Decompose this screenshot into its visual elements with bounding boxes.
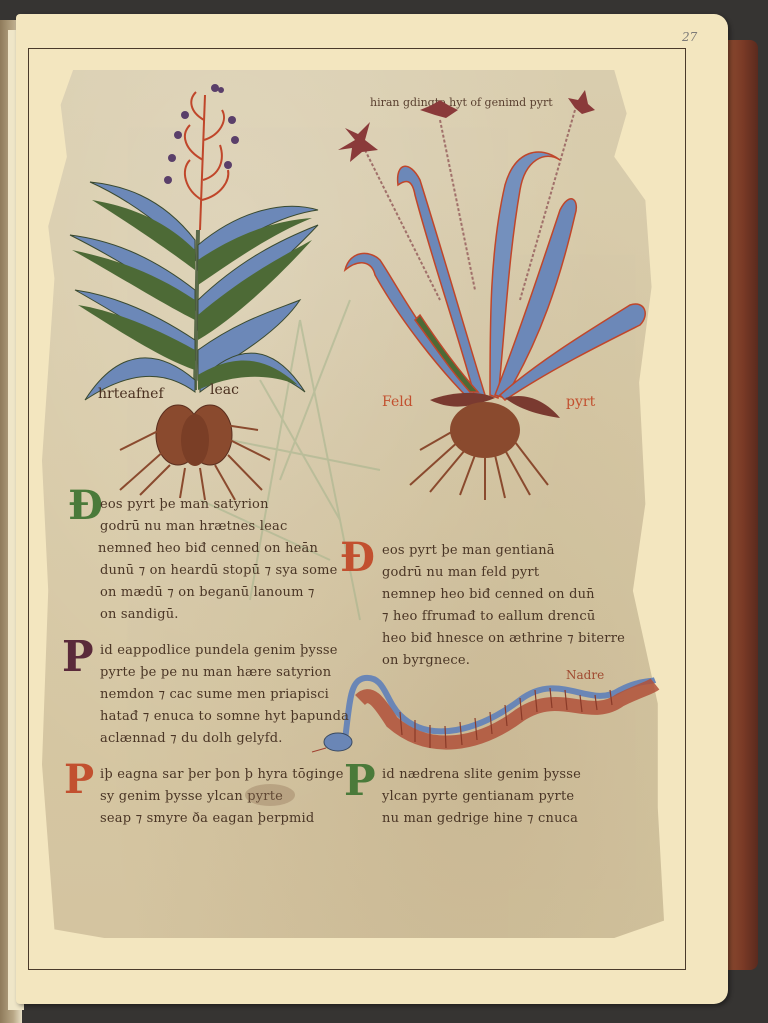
right-plant-star-flowers (338, 90, 595, 162)
left-plant-leaves (70, 182, 318, 400)
text-line: on sandigū. (100, 604, 338, 626)
text-section-gentiana: eos pyrt þe man gentianā godrū nu man fe… (382, 540, 625, 672)
text-line: nu man gedrige hine ⁊ cnuca (382, 808, 581, 830)
serpent-illustration (312, 678, 655, 752)
decorated-initial-purple: P (62, 632, 94, 681)
left-plant-flower-spike (185, 92, 228, 230)
left-plant-label-second: leac (210, 382, 239, 398)
right-plant-leaves (345, 152, 645, 400)
decorated-initial-red-2: P (64, 756, 94, 803)
decorated-initial-green-2: P (344, 756, 376, 805)
text-line: nemnep heo biđ cenned on dun̄ (382, 584, 625, 606)
text-line: ylcan pyrte gentianam pyrte (382, 786, 581, 808)
text-section-satyrion: eos pyrt þe man satyrion godrū nu man hr… (100, 494, 338, 626)
text-line: aclænnad ⁊ du dolh gelyfd. (100, 728, 349, 750)
text-line: sy genim þysse ylcan pyrte (100, 786, 344, 808)
right-plant-label-second: pyrt (566, 394, 595, 410)
decorated-initial-red: Đ (340, 534, 375, 581)
text-line: godrū nu man feld pyrt (382, 562, 625, 584)
text-section-snakebite: id nædrena slite genim þysse ylcan pyrte… (382, 764, 581, 830)
text-line: hatađ ⁊ enuca to somne hyt þapunda (100, 706, 349, 728)
text-line: pyrte þe pe nu man hære satyrion (100, 662, 349, 684)
text-line: id nædrena slite genim þysse (382, 764, 581, 786)
text-line: eos pyrt þe man satyrion (100, 494, 338, 516)
vellum-stain (245, 784, 295, 806)
text-line: godrū nu man hrætnes leac (100, 516, 338, 538)
text-line: heo biđ hnesce on æthrine ⁊ biterre (382, 628, 625, 650)
text-line: on byrgnece. (382, 650, 625, 672)
text-line: dunū ⁊ on heardū stopū ⁊ sya some (100, 560, 338, 582)
text-section-eyes: iþ eagna sar þer þon þ hyra tōginge sy g… (100, 764, 344, 830)
right-plant-label-first: Feld (382, 394, 413, 410)
text-section-wounds: id eappodlice pundela genim þysse pyrte … (100, 640, 349, 750)
left-plant-label-first: hrteafnef (98, 386, 164, 402)
decorated-initial-green: Đ (68, 482, 103, 529)
text-line: seap ⁊ smyre ða eagan þerpmid (100, 808, 344, 830)
text-line: iþ eagna sar þer þon þ hyra tōginge (100, 764, 344, 786)
text-line: nemneđ heo biđ cenned on heān (98, 538, 338, 560)
text-line: on mædū ⁊ on beganū lanoum ⁊ (100, 582, 338, 604)
text-line: ⁊ heo ffrumađ to eallum drencū (382, 606, 625, 628)
right-plant-root (410, 393, 560, 500)
text-line: id eappodlice pundela genim þysse (100, 640, 349, 662)
left-plant-root (120, 405, 270, 500)
text-line: nemdon ⁊ cac sume men priapisci (100, 684, 349, 706)
text-line: eos pyrt þe man gentianā (382, 540, 625, 562)
